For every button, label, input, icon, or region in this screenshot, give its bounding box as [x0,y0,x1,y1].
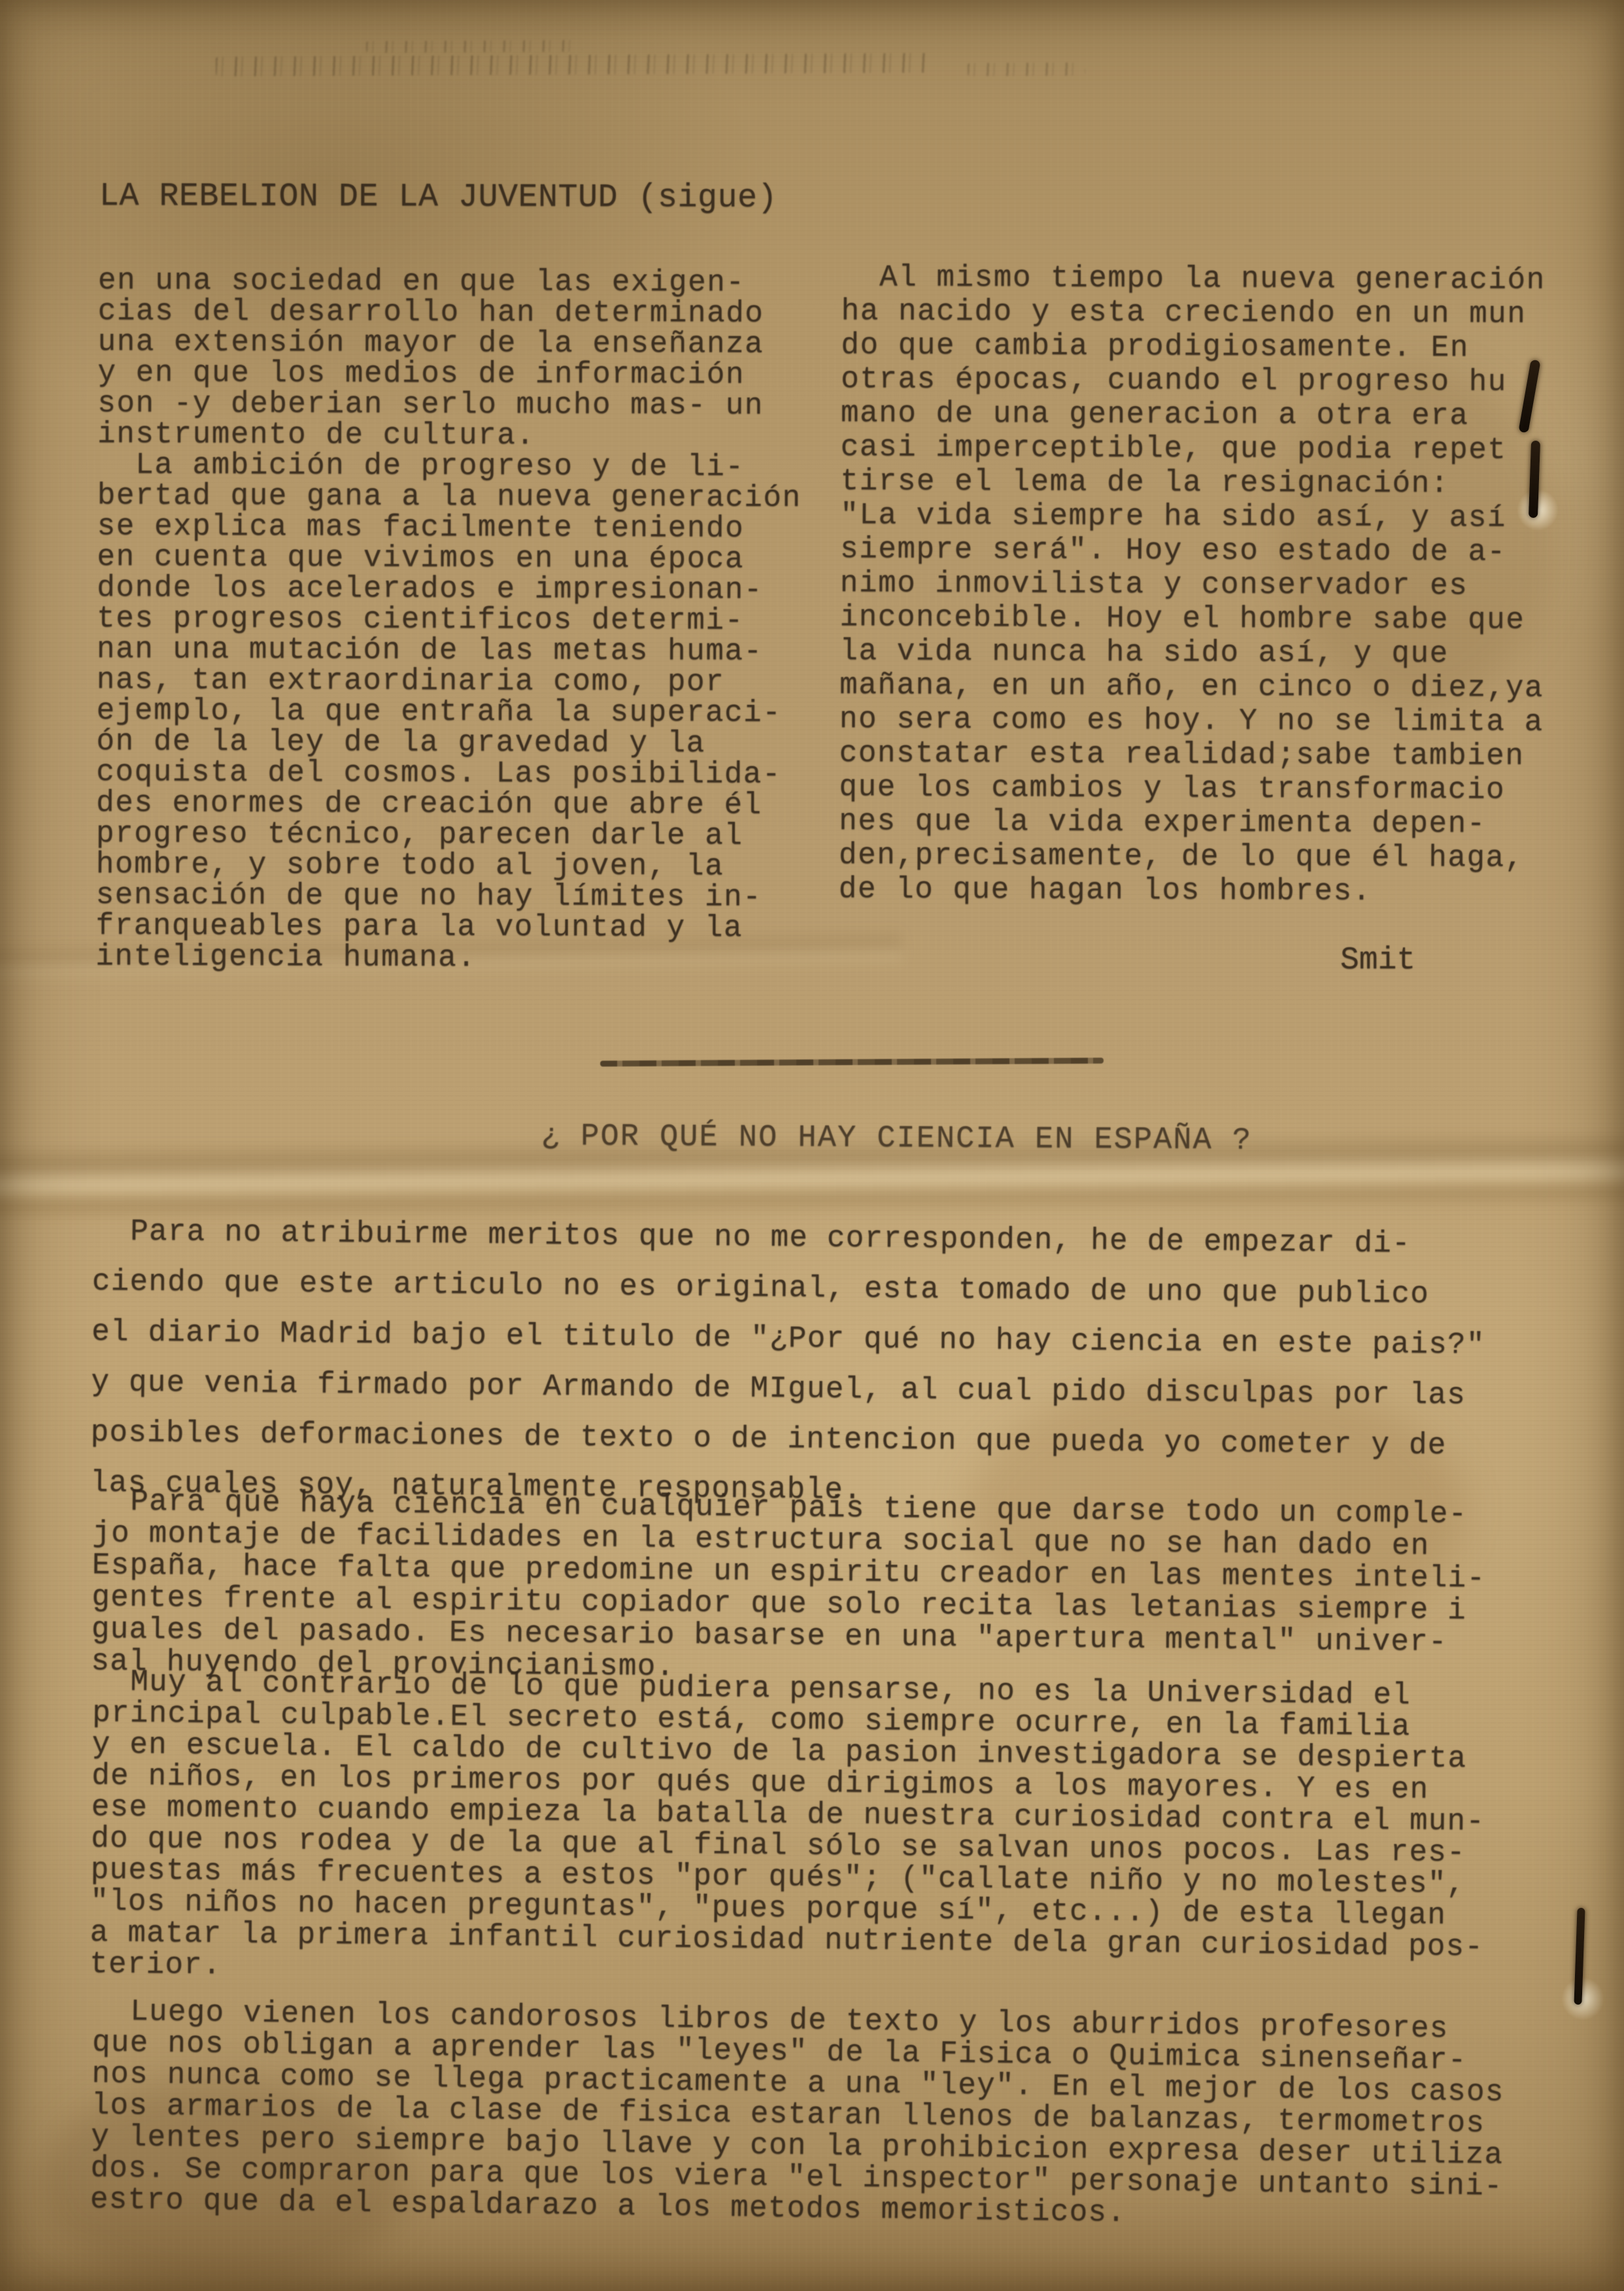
text-line: otras épocas, cuando el progreso hu [841,362,1545,399]
text-line: nan una mutación de las metas huma- [97,634,801,668]
text-line: ha nacido y esta creciendo en un mun [841,294,1546,331]
text-line: ejemplo, la que entraña la superaci- [97,696,801,729]
text-line: cias del desarrollo han determinado [98,296,802,330]
essay-paragraph-2: Para que haya ciencia en cualquier pais … [91,1485,1486,1691]
author-signature: Smit [1340,943,1415,978]
text-line: inconcebible. Hoy el hombre sabe que [840,600,1544,637]
text-line: do que cambia prodigiosamente. En [841,328,1545,365]
text-line: que los cambios y las transformacio [839,770,1543,807]
text-line: mañana, en un año, en cinco o diez,ya [839,668,1544,705]
text-line: nimo inmovilista y conservador es [840,566,1544,603]
text-line: "La vida siempre ha sido así, y así [840,498,1544,535]
text-line: des enormes de creación que abre él [96,788,800,821]
text-line: ón de la ley de la gravedad y la [96,726,800,760]
text-line: casi imperceptible, que podia repet [841,430,1545,467]
staple [1564,1908,1603,2026]
scanned-page: LA REBELION DE LA JUVENTUD (sigue) en un… [0,0,1624,2291]
text-line: la vida nunca ha sido así, y que [839,634,1544,671]
text-line: instrumento de cultura. [97,419,802,452]
text-line: de lo que hagan los hombres. [839,872,1543,909]
essay-paragraph-1: Para no atribuirme meritos que no me cor… [90,1206,1487,1521]
article-left-column: en una sociedad en que las exigen-cias d… [95,265,802,975]
text-line: nes que la vida experimenta depen- [839,804,1543,841]
text-line: hombre, y sobre todo al joven, la [96,849,800,883]
text-line: en cuenta que vivimos en una época [97,542,801,575]
text-line: mano de una generacion a otra era [841,396,1545,433]
text-line: no sera como es hoy. Y no se limita a [839,702,1544,739]
article-right-column: Al mismo tiempo la nueva generaciónha na… [839,260,1546,909]
text-line: progreso técnico, parecen darle al [96,819,800,852]
text-line: una extensión mayor de la enseñanza [98,327,802,360]
ink-smudge [366,40,582,53]
essay-heading: ¿ POR QUÉ NO HAY CIENCIA EN ESPAÑA ? [541,1119,1253,1159]
text-line: siempre será". Hoy eso estado de a- [840,532,1544,569]
essay-paragraph-4: Luego vienen los candorosos libros de te… [90,1995,1506,2233]
ink-smudge [216,53,928,76]
essay-paragraph-3: Muy al contrario de lo que pudiera pensa… [90,1666,1486,1994]
text-line: donde los acelerados e impresionan- [97,573,801,606]
text-line: constatar esta realidad;sabe tambien [839,736,1544,773]
text-line: bertad que gana a la nueva generación [97,481,802,514]
text-line: La ambición de progreso y de li- [97,450,802,483]
text-line: inteligencia humana. [95,942,800,975]
text-line: en una sociedad en que las exigen- [98,265,802,299]
text-line: se explica mas facilmente teniendo [97,511,802,545]
text-line: coquista del cosmos. Las posibilida- [96,757,800,790]
text-line: tes progresos cientificos determi- [97,603,801,637]
text-line: y en que los medios de información [97,358,802,391]
text-line: den,precisamente, de lo que él haga, [839,838,1543,875]
text-line: tirse el lema de la resignación: [840,464,1544,501]
text-line: sensación de que no hay límites in- [96,880,800,913]
text-line: franqueables para la voluntad y la [95,911,800,944]
ink-smudge [968,63,1085,76]
text-line: nas, tan extraordinaria como, por [97,665,801,698]
section-divider-line [600,1058,1104,1067]
staple-highlight [1561,1977,1604,2020]
text-line: Al mismo tiempo la nueva generación [841,260,1546,297]
article-title: LA REBELION DE LA JUVENTUD (sigue) [99,178,777,217]
text-line: son -y deberian serlo mucho mas- un [97,388,802,422]
staple-bar [1574,1908,1585,2005]
